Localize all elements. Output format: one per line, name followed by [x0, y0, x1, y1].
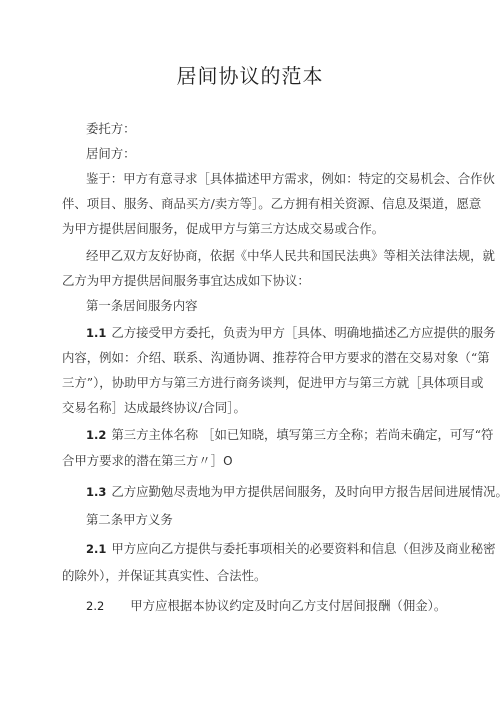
party-broker-label: 居间方：: [86, 146, 466, 162]
clause-line: 三方”），协助甲方与第三方进行商务谈判，促进甲方与第三方就［具体项目或: [62, 375, 442, 391]
preamble-line: 经甲乙双方友好协商，依据《中华人民共和国民法典》等相关法律法规，就: [86, 248, 466, 264]
clause-line: 合甲方要求的潜在第三方〃］O: [62, 453, 442, 469]
clause-number: 1.2: [86, 428, 106, 442]
clause-text: 乙方应勤勉尽责地为甲方提供居间服务，及时向甲方报告居间进展情况。: [111, 484, 500, 499]
recital-line: 鉴于：甲方有意寻求［具体描述甲方需求，例如：特定的交易机会、合作伙: [86, 171, 466, 187]
clause-line: 1.2第三方主体名称 ［如已知晓，填写第三方全称；若尚未确定，可写“符: [86, 427, 466, 443]
document-title: 居间协议的范本: [0, 60, 500, 89]
recital-line: 为甲方提供居间服务，促成甲方与第三方达成交易或合作。: [62, 221, 442, 237]
clause-number: 2.1: [86, 542, 106, 556]
clause-number: 1.3: [86, 485, 106, 499]
clause-line: 1.3乙方应勤勉尽责地为甲方提供居间服务，及时向甲方报告居间进展情况。: [86, 484, 500, 500]
party-client-label: 委托方：: [86, 121, 466, 137]
clause-number: 2.2: [86, 599, 104, 613]
clause-line: 2.2甲方应根据本协议约定及时向乙方支付居间报酬（佣金）。: [86, 598, 466, 614]
clause-line: 2.1甲方应向乙方提供与委托事项相关的必要资料和信息（但涉及商业秘密: [86, 541, 466, 557]
section-heading: 第一条居间服务内容: [86, 298, 466, 314]
clause-text: 甲方应向乙方提供与委托事项相关的必要资料和信息（但涉及商业秘密: [111, 541, 495, 556]
section-heading: 第二条甲方义务: [86, 512, 466, 528]
clause-text: 乙方接受甲方委托，负责为甲方［具体、明确地描述乙方应提供的服务: [111, 325, 495, 340]
clause-text: 第三方主体名称 ［如已知晓，填写第三方全称；若尚未确定，可写“符: [111, 427, 493, 442]
clause-line: 的除外），并保证其真实性、合法性。: [62, 568, 442, 584]
clause-line: 1.1乙方接受甲方委托，负责为甲方［具体、明确地描述乙方应提供的服务: [86, 325, 466, 341]
clause-line: 交易名称］达成最终协议/合同］。: [62, 400, 442, 416]
document-page: 居间协议的范本 委托方： 居间方： 鉴于：甲方有意寻求［具体描述甲方需求，例如：…: [0, 0, 500, 707]
recital-line: 伴、项目、服务、商品买方/卖方等］。乙方拥有相关资源、信息及渠道，愿意: [62, 196, 442, 212]
clause-number: 1.1: [86, 326, 106, 340]
preamble-line: 乙方为甲方提供居间服务事宜达成如下协议：: [62, 273, 442, 289]
clause-line: 内容，例如：介绍、联系、沟通协调、推荐符合甲方要求的潜在交易对象（“第: [62, 350, 442, 366]
clause-tail: O: [223, 454, 232, 468]
clause-text: 合甲方要求的潜在第三方〃］: [62, 453, 223, 468]
clause-text: 甲方应根据本协议约定及时向乙方支付居间报酬（佣金）。: [130, 598, 446, 613]
